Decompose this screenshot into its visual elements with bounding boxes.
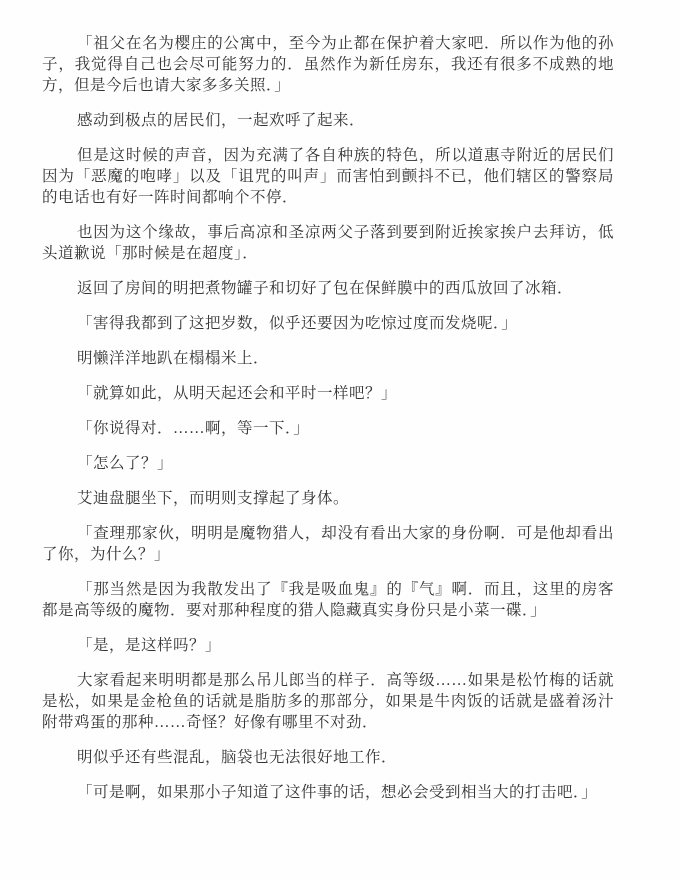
paragraph: 感动到极点的居民们，一起欢呼了起来． bbox=[42, 110, 614, 131]
paragraph: 「祖父在名为樱庄的公寓中，至今为止都在保护着大家吧．所以作为他的孙子，我觉得自己… bbox=[42, 33, 614, 96]
paragraph: 「害得我都到了这把岁数，似乎还要因为吃惊过度而发烧呢．」 bbox=[42, 313, 614, 334]
paragraph: 「就算如此，从明天起还会和平时一样吧？」 bbox=[42, 383, 614, 404]
paragraph: 返回了房间的明把煮物罐子和切好了包在保鲜膜中的西瓜放回了冰箱． bbox=[42, 278, 614, 299]
paragraph: 「怎么了？」 bbox=[42, 453, 614, 474]
paragraph: 「你说得对．……啊，等一下．」 bbox=[42, 418, 614, 439]
paragraph: 明懒洋洋地趴在榻榻米上． bbox=[42, 348, 614, 369]
paragraph: 明似乎还有些混乱，脑袋也无法很好地工作． bbox=[42, 747, 614, 768]
paragraph: 但是这时候的声音，因为充满了各自种族的特色，所以道惠寺附近的居民们因为「恶魔的咆… bbox=[42, 145, 614, 208]
paragraph: 「可是啊，如果那小子知道了这件事的话，想必会受到相当大的打击吧．」 bbox=[42, 782, 614, 803]
paragraph: 「查理那家伙，明明是魔物猎人，却没有看出大家的身份啊．可是他却看出了你，为什么？… bbox=[42, 523, 614, 565]
paragraph: 「是，是这样吗？」 bbox=[42, 635, 614, 656]
paragraph: 也因为这个缘故，事后高凉和圣凉两父子落到要到附近挨家挨户去拜访，低头道歉说「那时… bbox=[42, 222, 614, 264]
paragraph: 艾迪盘腿坐下，而明则支撑起了身体。 bbox=[42, 488, 614, 509]
document-page: 「祖父在名为樱庄的公寓中，至今为止都在保护着大家吧．所以作为他的孙子，我觉得自己… bbox=[0, 0, 680, 880]
novel-text-body: 「祖父在名为樱庄的公寓中，至今为止都在保护着大家吧．所以作为他的孙子，我觉得自己… bbox=[42, 33, 614, 803]
paragraph: 「那当然是因为我散发出了『我是吸血鬼』的『气』啊．而且，这里的房客都是高等级的魔… bbox=[42, 579, 614, 621]
paragraph: 大家看起来明明都是那么吊儿郎当的样子．高等级……如果是松竹梅的话就是松，如果是金… bbox=[42, 670, 614, 733]
